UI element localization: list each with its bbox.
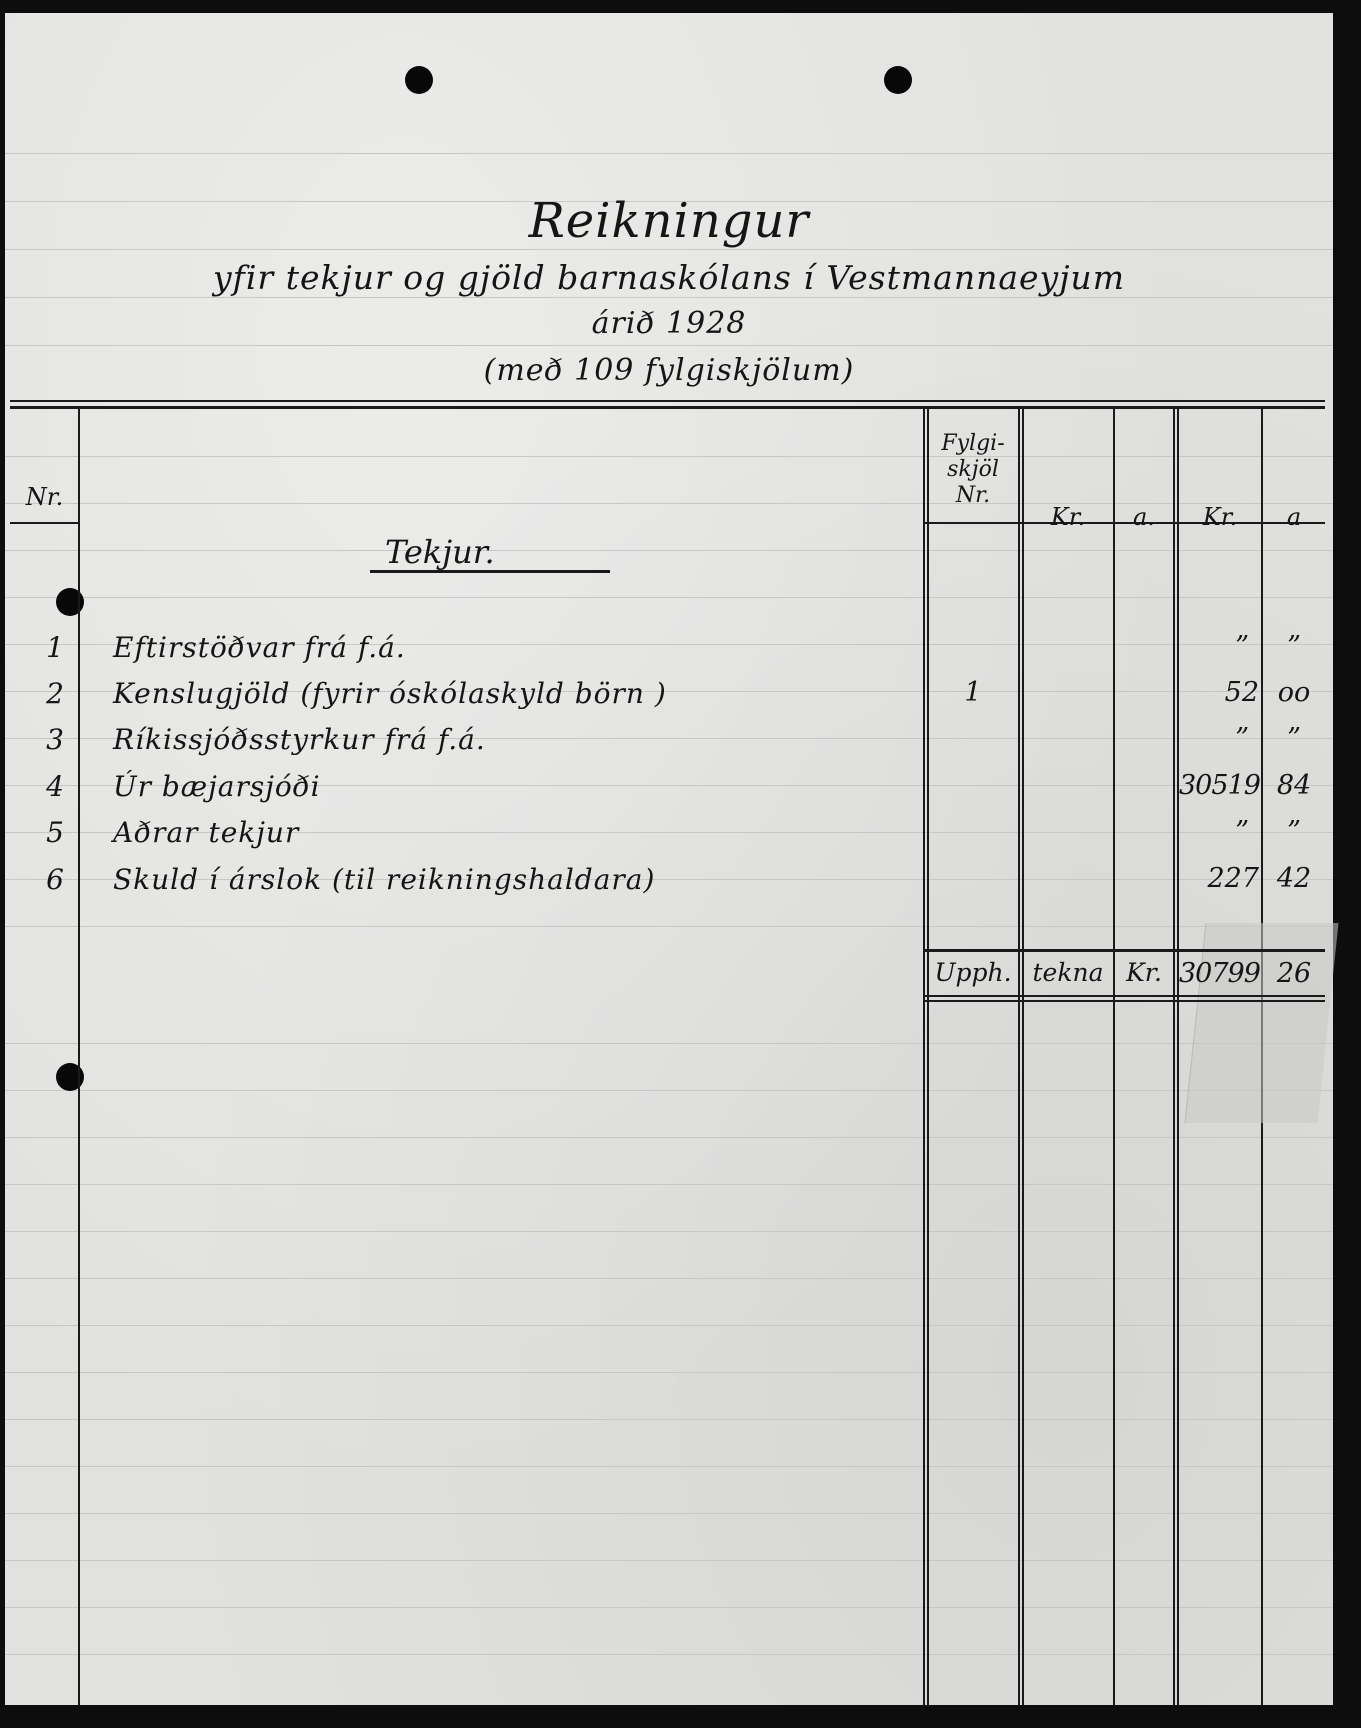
row-kr: 30519 xyxy=(1179,770,1259,801)
row-voucher: 1 xyxy=(929,677,1017,708)
row-description: Úr bæjarsjóði xyxy=(113,770,321,803)
row-aur: 84 xyxy=(1263,770,1325,801)
header-aur-2: a xyxy=(1263,503,1325,531)
section-title-underline xyxy=(370,570,610,573)
row-kr: ” xyxy=(1181,631,1249,662)
total-aur: 26 xyxy=(1263,958,1325,989)
total-bottom-rule xyxy=(923,995,1325,997)
column-divider xyxy=(1173,407,1175,1705)
header-voucher-line: Fylgi- xyxy=(929,431,1017,457)
column-divider xyxy=(1018,407,1020,1705)
row-kr: 227 xyxy=(1181,863,1259,894)
row-number: 5 xyxy=(35,816,75,849)
row-description: Eftirstöðvar frá f.á. xyxy=(113,631,406,664)
row-aur: 42 xyxy=(1263,863,1325,894)
row-number: 6 xyxy=(35,863,75,896)
table-top-rule xyxy=(10,400,1325,402)
tape-patch xyxy=(1184,923,1338,1123)
row-description: Kenslugjöld (fyrir óskólaskyld börn ) xyxy=(113,677,667,710)
row-number: 2 xyxy=(35,677,75,710)
total-top-rule xyxy=(923,949,1325,952)
row-aur: ” xyxy=(1263,631,1325,662)
document-subtitle: yfir tekjur og gjöld barnaskólans í Vest… xyxy=(5,258,1333,297)
row-description: Aðrar tekjur xyxy=(113,816,299,849)
column-divider xyxy=(927,407,929,1705)
row-kr: ” xyxy=(1181,723,1249,754)
total-kr: 30799 xyxy=(1179,958,1259,989)
column-divider xyxy=(923,407,925,1705)
section-title: Tekjur. xyxy=(385,533,495,571)
total-label-2: tekna xyxy=(1023,958,1113,987)
document-title: Reikningur xyxy=(5,193,1333,249)
row-description: Ríkissjóðsstyrkur frá f.á. xyxy=(113,723,486,756)
row-aur: ” xyxy=(1263,723,1325,754)
row-aur: oo xyxy=(1263,677,1325,708)
header-kr-1: Kr. xyxy=(1024,503,1112,531)
table-top-rule xyxy=(10,406,1325,409)
row-kr: 52 xyxy=(1181,677,1259,708)
row-number: 1 xyxy=(35,631,75,664)
row-description: Skuld í árslok (til reikningshaldara) xyxy=(113,863,655,896)
ledger-page: Reikningur yfir tekjur og gjöld barnaskó… xyxy=(5,13,1333,1705)
punch-hole xyxy=(884,66,912,94)
header-nr: Nr. xyxy=(17,483,72,511)
header-voucher-line: skjöl xyxy=(929,457,1017,483)
header-aur-1: a. xyxy=(1115,503,1173,531)
column-divider xyxy=(1113,407,1115,1705)
row-number: 3 xyxy=(35,723,75,756)
document-note: (með 109 fylgiskjölum) xyxy=(5,353,1333,388)
header-voucher: Fylgi- skjöl Nr. xyxy=(929,431,1017,509)
header-bottom-rule xyxy=(10,522,80,524)
column-divider xyxy=(1177,407,1179,1705)
row-aur: ” xyxy=(1263,816,1325,847)
total-label-3: Kr. xyxy=(1115,958,1173,987)
header-kr-2: Kr. xyxy=(1179,503,1261,531)
header-voucher-line: Nr. xyxy=(929,483,1017,509)
punch-hole xyxy=(405,66,433,94)
column-divider xyxy=(1022,407,1024,1705)
row-number: 4 xyxy=(35,770,75,803)
column-divider xyxy=(78,407,80,1705)
total-label-1: Upph. xyxy=(927,958,1019,987)
document-year: árið 1928 xyxy=(5,306,1333,341)
total-bottom-rule xyxy=(923,1000,1325,1002)
row-kr: ” xyxy=(1181,816,1249,847)
